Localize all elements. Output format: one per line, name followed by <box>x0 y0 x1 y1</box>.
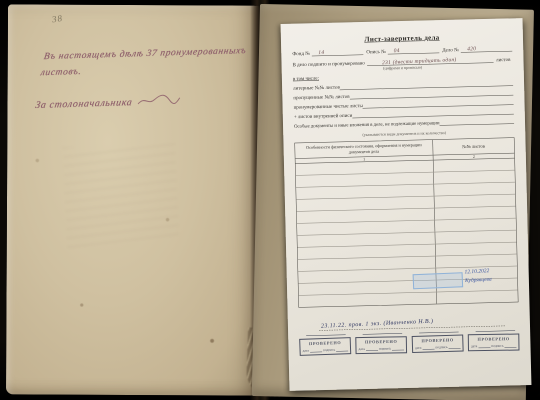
checked-stamp: ПРОВЕРЕНО дата подпись <box>411 335 463 354</box>
numbered-suffix: листов <box>494 57 513 63</box>
literal-sheets-label: литерные №№ листов <box>293 85 340 92</box>
checked-stamp-fields: дата подпись <box>359 346 405 351</box>
signature-line <box>306 335 346 336</box>
inventory-sheets-blank <box>352 108 514 118</box>
archive-scan: 38 Въ настоящемъ дѣлѣ 37 пронумерованных… <box>0 0 540 400</box>
stamp-sign-label: подпись <box>323 348 335 352</box>
stamp-date-label: дата <box>359 347 365 351</box>
stamp-sign-label: подпись <box>379 347 391 351</box>
certification-sheet: Лист-заверитель дела Фонд № 14 Опись № 0… <box>281 18 532 391</box>
fond-opis-delo-line: Фонд № 14 Опись № 04 Дело № 420 <box>292 45 512 57</box>
checked-stamp-fields: дата подпись <box>303 347 349 353</box>
stamp-sign-label: подпись <box>435 345 447 349</box>
stamp-date-blank <box>478 344 490 348</box>
archivist-blue-note: 12.10.2022 Кудрявцева <box>464 266 492 284</box>
pencil-corner-mark: 38 <box>51 13 63 25</box>
sheet-numbers-col-header: №№ листов <box>433 138 514 155</box>
missed-sheets-blank <box>350 89 514 99</box>
signature-line <box>476 330 516 331</box>
delo-label: Дело № <box>439 47 461 53</box>
checked-stamp-title: ПРОВЕРЕНО <box>471 336 517 342</box>
checked-stamp-fields: дата подпись <box>415 345 461 350</box>
delo-value-handwriting: 420 <box>467 46 476 52</box>
signature-line <box>419 332 459 333</box>
signature-line <box>363 333 403 334</box>
ink-ghost-impression <box>63 142 180 247</box>
stamp-sign-blank <box>336 347 348 351</box>
table-cell <box>437 290 518 303</box>
checked-stamp-title: ПРОВЕРЕНО <box>302 340 348 347</box>
form-title: Лист-заверитель дела <box>292 32 512 45</box>
checked-stamp-title: ПРОВЕРЕНО <box>414 337 460 343</box>
opis-label: Опись № <box>363 49 388 55</box>
delo-blank: 420 <box>461 45 513 53</box>
fond-blank: 14 <box>312 48 364 56</box>
stamp-sign-label: подпись <box>491 344 503 348</box>
clerk-title-text: За столоначальника <box>35 97 134 111</box>
fond-value-handwriting: 14 <box>318 49 324 55</box>
stamp-sign-blank <box>448 345 460 349</box>
stamp-date-label: дата <box>415 346 421 350</box>
special-documents-line: Особые документы и иные вложения в деле,… <box>294 117 514 129</box>
checked-stamp-title: ПРОВЕРЕНО <box>358 339 404 345</box>
checked-stamp: ПРОВЕРЕНО дата подпись <box>468 334 520 352</box>
stamp-date-blank <box>366 347 378 351</box>
special-documents-label: Особые документы и иные вложения в деле,… <box>294 121 440 130</box>
blank-sheets-blank <box>363 98 514 108</box>
certification-form: Лист-заверитель дела Фонд № 14 Опись № 0… <box>281 18 532 391</box>
archivist-name: Кудрявцева <box>465 275 492 285</box>
stamp-sign-blank <box>392 346 404 350</box>
left-book-page: 38 Въ настоящемъ дѣлѣ 37 пронумерованных… <box>6 4 259 395</box>
checked-stamp-fields: дата подпись <box>471 344 517 349</box>
stamp-sign-blank <box>504 344 516 348</box>
table-cell <box>299 292 437 307</box>
checked-stamps-row: ПРОВЕРЕНО дата подпись ПРОВЕРЕНО дата по… <box>299 333 519 355</box>
inventory-sheets-label: + листов внутренней описи <box>294 113 353 120</box>
fond-label: Фонд № <box>292 51 312 57</box>
opis-value-handwriting: 04 <box>394 48 400 54</box>
stamp-date-blank <box>422 345 434 349</box>
stamp-date-blank <box>310 348 322 352</box>
archivist-blue-stamp-box <box>413 272 464 289</box>
special-documents-blank <box>439 117 514 125</box>
blank-sheets-label: пронумерованные чистые листы <box>294 103 363 110</box>
stamp-date-label: дата <box>471 344 477 348</box>
signature-flourish <box>136 93 182 108</box>
checked-stamp: ПРОВЕРЕНО дата подпись <box>355 336 407 354</box>
opis-blank: 04 <box>388 47 440 55</box>
stamp-date-label: дата <box>303 349 310 353</box>
checked-stamp: ПРОВЕРЕНО дата подпись <box>299 337 351 356</box>
certification-note-line-1: Въ настоящемъ дѣлѣ 37 пронумерованныхъ <box>43 46 247 62</box>
missed-sheets-label: пропущенные №№ листов <box>293 94 349 101</box>
certification-note-line-3: За столоначальника <box>35 93 182 111</box>
certification-note-line-2: листовъ. <box>40 67 82 78</box>
